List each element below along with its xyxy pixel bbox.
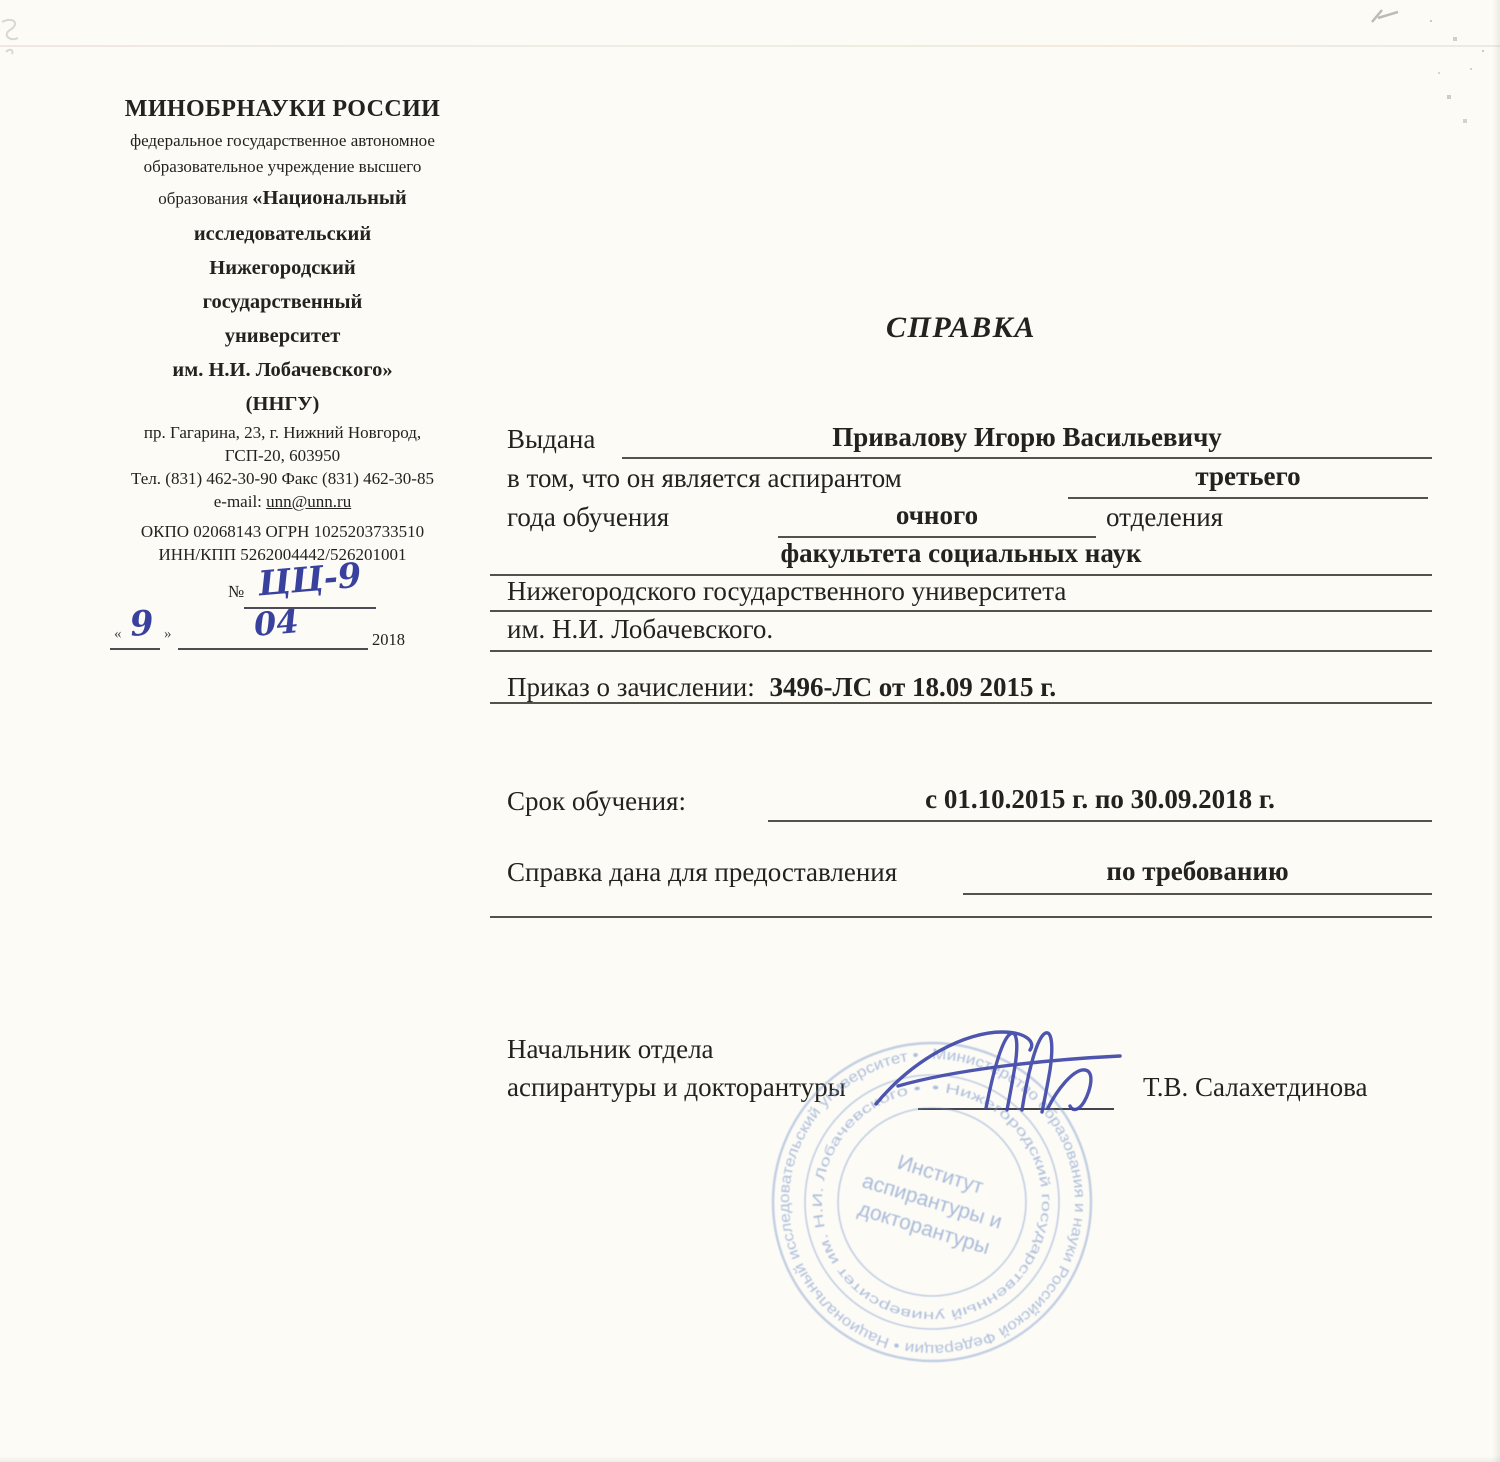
student-status-label: в том, что он является аспирантом	[507, 463, 902, 494]
date-year: 2018	[372, 630, 405, 650]
signer-name: Т.В. Салахетдинова	[1143, 1072, 1368, 1103]
blank-line	[490, 880, 1432, 918]
issued-to-value: Привалову Игорю Васильевичу	[622, 422, 1432, 459]
scan-edge-shadow-right	[1492, 0, 1500, 1462]
signature-role-line-1: Начальник отдела	[507, 1034, 714, 1065]
scan-artifact-top-line	[0, 45, 1500, 47]
org-name-line-3: Нижегородский	[70, 251, 495, 285]
signer-signature	[870, 1020, 1160, 1125]
university-name-line-2: им. Н.И. Лобачевского.	[490, 614, 1432, 652]
document-title: СПРАВКА	[505, 311, 1417, 345]
org-name-line-2: исследовательский	[70, 217, 495, 251]
okpo-ogrn-line: ОКПО 02068143 ОГРН 1025203733510	[70, 520, 495, 543]
org-name-line-6: им. Н.И. Лобачевского»	[70, 353, 495, 387]
org-name-line-1: образования «Национальный	[70, 180, 495, 217]
issued-label: Выдана	[507, 424, 595, 455]
study-year-label: года обучения	[507, 502, 669, 533]
letterhead: МИНОБРНАУКИ РОССИИ федеральное государст…	[70, 96, 495, 662]
ministry-name: МИНОБРНАУКИ РОССИИ	[70, 96, 495, 123]
address-line-2: ГСП-20, 603950	[70, 444, 495, 467]
org-name-prefix: образования	[158, 189, 252, 208]
study-period-value: с 01.10.2015 г. по 30.09.2018 г.	[768, 784, 1432, 822]
scan-edge-shadow-bottom	[0, 1456, 1500, 1462]
number-sign: №	[228, 582, 244, 602]
phone-fax-line: Тел. (831) 462-30-90 Факс (831) 462-30-8…	[70, 467, 495, 490]
scanned-certificate-page: МИНОБРНАУКИ РОССИИ федеральное государст…	[0, 0, 1500, 1462]
org-name-bold: «Национальный	[252, 187, 407, 209]
email-address: unn@unn.ru	[266, 492, 351, 511]
org-name-line-5: университет	[70, 319, 495, 353]
order-label: Приказ о зачислении:	[507, 672, 755, 702]
org-type-line-2: образовательное учреждение высшего	[70, 154, 495, 180]
stamp-center-text: Институт аспирантуры и докторантуры	[851, 1143, 1012, 1261]
quote-close: »	[164, 626, 172, 643]
study-form-value: очного	[778, 500, 1096, 538]
email-line: e-mail: unn@unn.ru	[70, 490, 495, 513]
study-period-label: Срок обучения:	[507, 786, 686, 817]
corner-scribble-mark	[0, 8, 46, 68]
department-label: отделения	[1106, 502, 1223, 533]
org-name-line-4: государственный	[70, 285, 495, 319]
pen-check-mark	[1368, 2, 1408, 32]
year-of-study-value: третьего	[1068, 461, 1428, 499]
scan-speckles	[1430, 20, 1432, 22]
date-row: « 9 » 04 2018	[70, 610, 495, 662]
date-month-handwritten: 04	[252, 602, 300, 644]
org-type-line-1: федеральное государственное автономное	[70, 128, 495, 154]
org-abbreviation: (ННГУ)	[70, 387, 495, 421]
faculty-value: факультета социальных наук	[490, 538, 1432, 576]
email-label: e-mail:	[214, 492, 266, 511]
order-value: 3496-ЛС от 18.09 2015 г.	[769, 672, 1056, 702]
enrollment-order-line: Приказ о зачислении: 3496-ЛС от 18.09 20…	[490, 672, 1432, 704]
date-day-handwritten: 9	[128, 603, 155, 645]
address-line-1: пр. Гагарина, 23, г. Нижний Новгород,	[70, 421, 495, 444]
university-name-line-1: Нижегородского государственного универси…	[490, 576, 1432, 612]
